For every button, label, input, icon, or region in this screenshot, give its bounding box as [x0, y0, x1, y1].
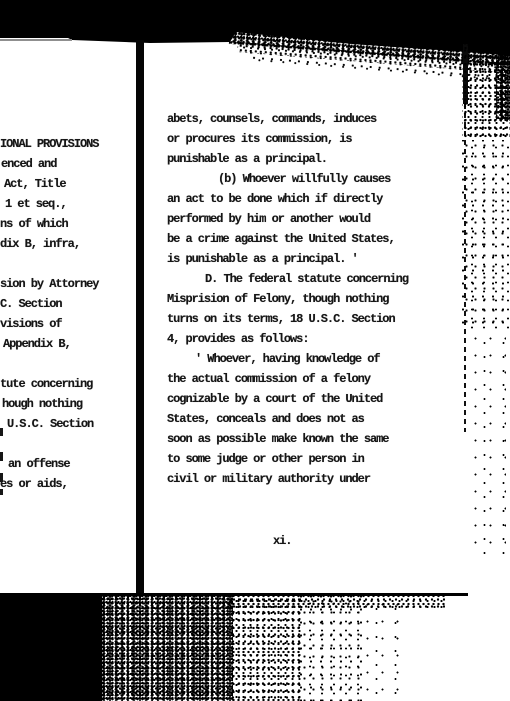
right-page-text-line: or procures its commission, is	[167, 131, 352, 147]
cut-character-fragment	[0, 473, 3, 482]
right-page-text-line: abets, counsels, commands, induces	[167, 111, 376, 127]
right-page-text-line: States, conceals and does not as	[167, 411, 364, 427]
cut-character-fragment	[0, 489, 3, 495]
cut-character-fragment	[0, 428, 3, 436]
right-page-text-line: performed by him or another would	[167, 211, 370, 227]
scanned-document-page: IONAL PROVISIONSenced andAct, Title1 et …	[0, 0, 510, 701]
scan-top-edge-gray-line	[0, 39, 72, 41]
right-page-text-line: the actual commission of a felony	[167, 371, 370, 387]
right-page-text-line: is punishable as a principal. '	[167, 251, 358, 267]
right-page-text-line: civil or military authority under	[167, 471, 370, 487]
scan-noise-right-edge-dense	[496, 40, 510, 120]
right-page-text-line: cognizable by a court of the United	[167, 391, 382, 407]
right-page-text-line: punishable as a principal.	[167, 151, 327, 167]
scan-noise-bottom-dense	[98, 596, 233, 701]
right-page-text-line: to some judge or other person in	[167, 451, 364, 467]
right-page-text-line: 4, provides as follows:	[167, 331, 308, 347]
right-page-text-line: D. The federal statute concerning	[205, 271, 408, 287]
right-page-text-line: ' Whoever, having knowledge of	[195, 351, 380, 367]
scan-noise-bottom-faint	[360, 596, 405, 701]
scan-noise-bottom-medium	[230, 596, 302, 701]
book-spine-line	[136, 40, 144, 596]
right-page-text-line: Misprision of Felony, though nothing	[167, 291, 388, 307]
scan-noise-under-bottom-line	[225, 596, 445, 610]
right-page-text-line: (b) Whoever willfully causes	[218, 171, 390, 187]
cut-character-fragment	[0, 452, 3, 461]
scan-noise-right-column-middle	[462, 140, 510, 330]
scan-noise-bottom-sparse	[300, 596, 362, 701]
right-page-text-line: an act to be done which if directly	[167, 191, 382, 207]
right-page-text-line: turns on its terms, 18 U.S.C. Section	[167, 311, 395, 327]
page-number: xi.	[273, 533, 291, 549]
right-page-text-line: soon as possible make known the same	[167, 431, 388, 447]
right-page-text-line: be a crime against the United States,	[167, 231, 395, 247]
scan-bottom-black-block	[0, 594, 102, 701]
scan-noise-right-column-lower	[468, 330, 506, 556]
